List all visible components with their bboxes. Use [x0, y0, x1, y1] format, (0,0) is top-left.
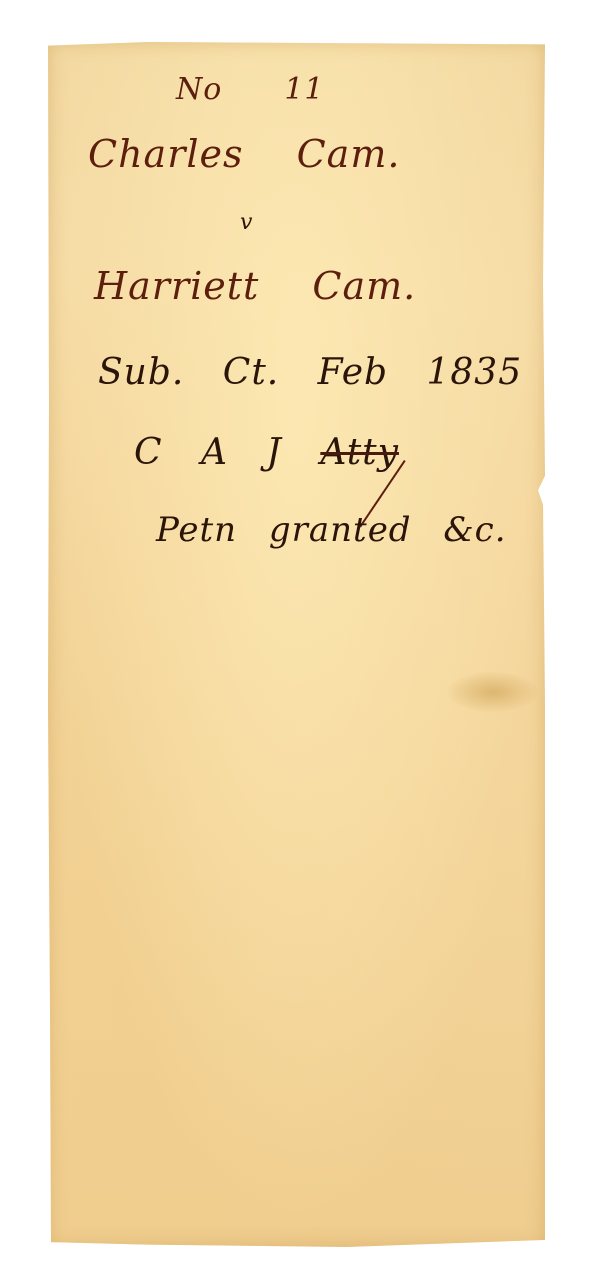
water-stain: [448, 672, 538, 712]
aged-paper-sheet: No11 Charles Cam. v Harriett Cam. Sub. C…: [48, 42, 545, 1247]
reference-prefix: No: [176, 72, 222, 107]
disposition-note: Petn granted &c.: [156, 510, 507, 550]
attorney-line: C A J Atty: [134, 432, 399, 473]
plaintiff-name: Charles Cam.: [88, 132, 400, 176]
versus-mark: v: [240, 210, 253, 235]
reference-line: No11: [176, 72, 325, 107]
defendant-name: Harriett Cam.: [94, 264, 416, 308]
attorney-initials: C A J: [134, 432, 282, 473]
scan-page: No11 Charles Cam. v Harriett Cam. Sub. C…: [0, 0, 592, 1288]
attorney-title: Atty: [320, 432, 399, 473]
filing-date: Sub. Ct. Feb 1835: [98, 352, 522, 393]
reference-number: 11: [284, 72, 324, 107]
